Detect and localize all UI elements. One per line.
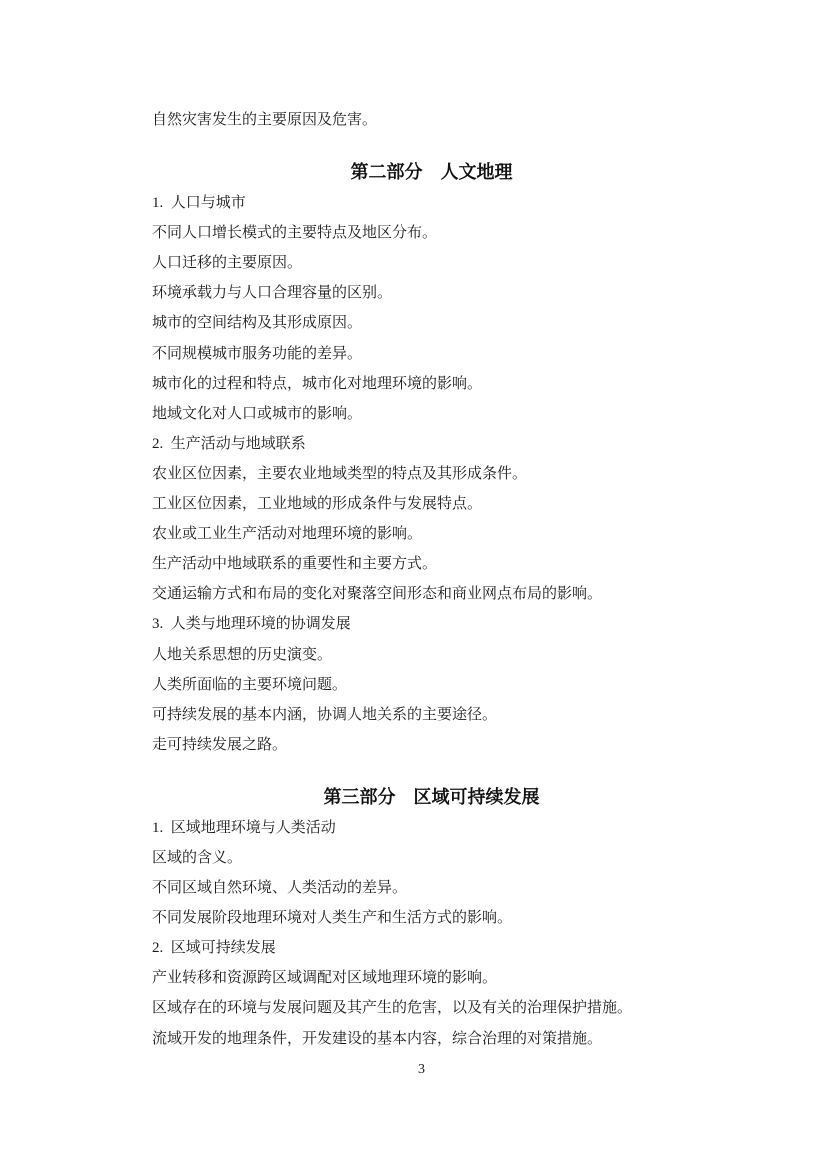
syllabus-line: 农业或工业生产活动对地理环境的影响。 (152, 519, 711, 549)
syllabus-line: 不同规模城市服务功能的差异。 (152, 339, 711, 369)
syllabus-line: 区域的含义。 (152, 843, 711, 873)
syllabus-line: 人类所面临的主要环境问题。 (152, 670, 711, 700)
document-body: 自然灾害发生的主要原因及危害。 第二部分 人文地理 1. 人口与城市 不同人口增… (0, 0, 826, 1080)
syllabus-line: 农业区位因素，主要农业地域类型的特点及其形成条件。 (152, 459, 711, 489)
numbered-topic: 2. 区域可持续发展 (152, 933, 711, 963)
syllabus-line: 交通运输方式和布局的变化对聚落空间形态和商业网点布局的影响。 (152, 579, 711, 609)
syllabus-line: 走可持续发展之路。 (152, 730, 711, 760)
syllabus-line: 地域文化对人口或城市的影响。 (152, 399, 711, 429)
section-heading-part2: 第二部分 人文地理 (152, 157, 711, 188)
syllabus-line: 环境承载力与人口合理容量的区别。 (152, 278, 711, 308)
section-heading-part3: 第三部分 区域可持续发展 (152, 782, 711, 813)
page-number: 3 (142, 1060, 701, 1080)
syllabus-line: 工业区位因素，工业地域的形成条件与发展特点。 (152, 489, 711, 519)
numbered-topic: 1. 人口与城市 (152, 188, 711, 218)
numbered-topic: 2. 生产活动与地域联系 (152, 429, 711, 459)
syllabus-line: 不同发展阶段地理环境对人类生产和生活方式的影响。 (152, 903, 711, 933)
syllabus-line: 不同人口增长模式的主要特点及地区分布。 (152, 218, 711, 248)
syllabus-line: 城市的空间结构及其形成原因。 (152, 308, 711, 338)
syllabus-line: 人地关系思想的历史演变。 (152, 640, 711, 670)
syllabus-line: 人口迁移的主要原因。 (152, 248, 711, 278)
syllabus-line: 生产活动中地域联系的重要性和主要方式。 (152, 549, 711, 579)
syllabus-line: 自然灾害发生的主要原因及危害。 (152, 105, 711, 135)
syllabus-line: 城市化的过程和特点，城市化对地理环境的影响。 (152, 369, 711, 399)
syllabus-line: 区域存在的环境与发展问题及其产生的危害，以及有关的治理保护措施。 (152, 993, 711, 1023)
syllabus-line: 产业转移和资源跨区域调配对区域地理环境的影响。 (152, 963, 711, 993)
syllabus-line: 不同区域自然环境、人类活动的差异。 (152, 873, 711, 903)
document-page: 自然灾害发生的主要原因及危害。 第二部分 人文地理 1. 人口与城市 不同人口增… (0, 0, 826, 1169)
syllabus-line: 流域开发的地理条件，开发建设的基本内容，综合治理的对策措施。 (152, 1024, 711, 1054)
syllabus-line: 可持续发展的基本内涵，协调人地关系的主要途径。 (152, 700, 711, 730)
numbered-topic: 1. 区域地理环境与人类活动 (152, 813, 711, 843)
numbered-topic: 3. 人类与地理环境的协调发展 (152, 609, 711, 639)
